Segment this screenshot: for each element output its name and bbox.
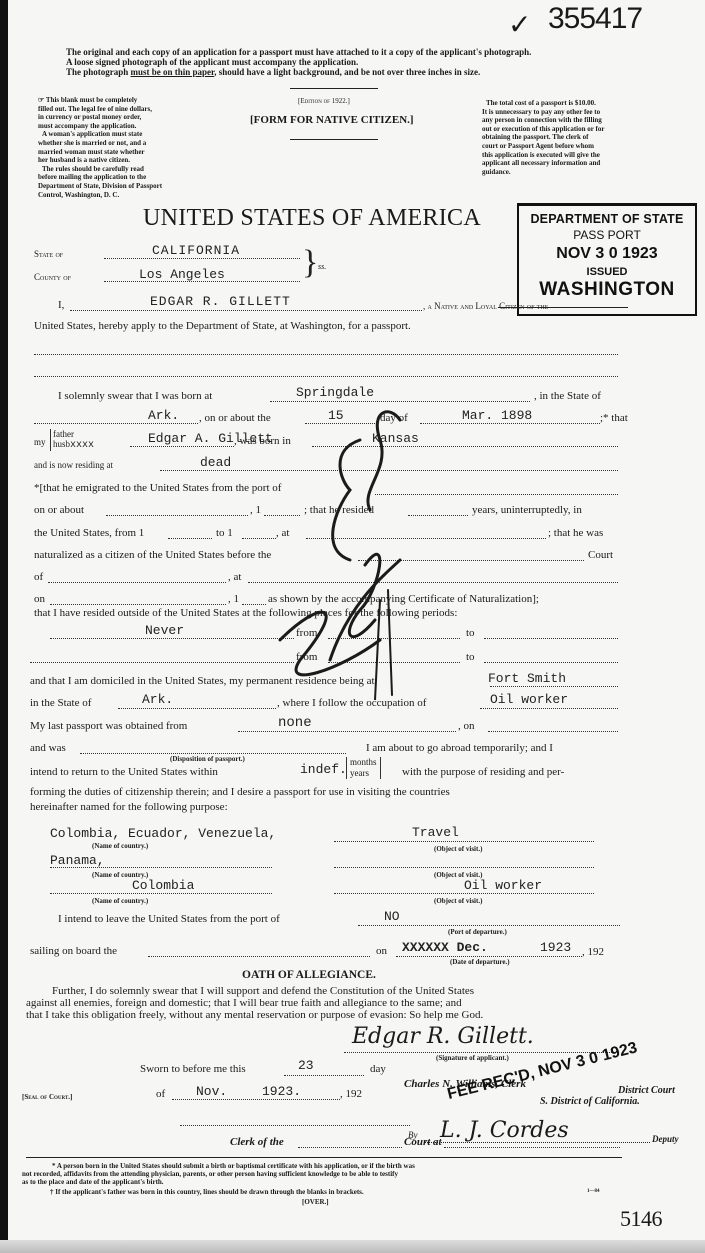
domicile-field[interactable]: Fort Smith <box>488 671 566 686</box>
court-at-label: Court at <box>404 1136 442 1148</box>
birth-state-field[interactable]: Ark. <box>148 408 179 423</box>
and-was-text: and was <box>30 742 66 754</box>
deputy-label: Deputy <box>652 1134 679 1144</box>
port-line <box>358 925 620 926</box>
departure-date-line <box>396 956 582 957</box>
clerk-court-line <box>298 1147 402 1148</box>
applicant-name-line <box>70 310 422 311</box>
district-label: S. District of California. <box>540 1096 640 1107</box>
right-note-line: this application is executed will give t… <box>482 151 604 160</box>
residing-text: and is now residing at <box>34 460 113 470</box>
photo-note-3a: The photograph <box>66 67 131 77</box>
abroad-place-line-2 <box>30 662 294 663</box>
at-place-line <box>306 538 546 539</box>
left-note-line: ☞ This blank must be completely <box>38 96 162 105</box>
domicile-state-line <box>118 708 276 709</box>
vessel-line <box>148 956 370 957</box>
page-number: 5146 <box>620 1206 662 1232</box>
father-option: father <box>53 429 94 439</box>
left-note-line: before mailing the application to the <box>38 173 162 182</box>
right-note-line: out or execution of this application or … <box>482 125 604 134</box>
abroad-place-field[interactable]: Never <box>145 623 184 638</box>
blank-line <box>34 354 618 355</box>
applicant-signature: Edgar R. Gillett. <box>352 1024 534 1049</box>
fee-received-stamp: FEE REC'D, NOV 3 0 1923 <box>446 1039 640 1104</box>
county-field[interactable]: Los Angeles <box>139 267 225 282</box>
state-label: State of <box>34 249 63 259</box>
hereinafter-text: hereinafter named for the following purp… <box>30 801 228 813</box>
state-field[interactable]: CALIFORNIA <box>152 243 240 258</box>
scan-left-edge <box>0 0 8 1253</box>
resided-outside-text: that I have resided outside of the Unite… <box>34 607 457 619</box>
object-line-3 <box>334 893 594 894</box>
left-note-line: filled out. The legal fee of nine dollar… <box>38 105 162 114</box>
object-field-1[interactable]: Travel <box>412 825 459 840</box>
resided-text: ; that he resided <box>304 504 374 516</box>
at-text: , at <box>276 527 289 539</box>
from-label-2: from <box>296 651 317 663</box>
birth-state-line <box>34 423 198 424</box>
signature-caption: (Signature of applicant.) <box>436 1054 509 1062</box>
on-label: , on <box>458 720 475 732</box>
years-option: years <box>350 768 377 779</box>
photo-note-3: The photograph must be on thin paper, sh… <box>66 67 480 77</box>
signature-line <box>344 1052 616 1053</box>
over-label: [OVER.] <box>302 1198 329 1206</box>
photo-note-3c: , should have a light background, and be… <box>214 67 480 77</box>
object-caption: (Object of visit.) <box>434 845 482 853</box>
swear-born-text: I solemnly swear that I was born at <box>58 390 212 402</box>
months-years-selector: months years <box>346 757 381 779</box>
right-note-line: guidance. <box>482 168 604 177</box>
on-about-text: , on or about the <box>199 412 271 424</box>
from-label: from <box>296 627 317 639</box>
last-passport-line <box>238 731 456 732</box>
court-at-line <box>444 1147 620 1148</box>
disposition-line <box>80 753 346 754</box>
day-of-text: day of <box>380 412 408 424</box>
birth-day-line <box>305 423 377 424</box>
abroad-to-line <box>484 638 618 639</box>
form-title: [FORM FOR NATIVE CITIZEN.] <box>250 114 414 126</box>
departure-date-field[interactable]: XXXXXX Dec. <box>402 940 488 955</box>
port-field[interactable]: NO <box>384 909 400 924</box>
right-note-line: The total cost of a passport is $10.00. <box>482 99 604 108</box>
at2-text: , at <box>228 571 241 583</box>
occupation-text: , where I follow the occupation of <box>277 697 426 709</box>
of-place-line <box>48 582 226 583</box>
district-court-label: District Court <box>618 1085 675 1096</box>
date-caption: (Date of departure.) <box>450 958 510 966</box>
day-label: day <box>370 1063 386 1075</box>
clerk-of-label: Clerk of the <box>230 1136 284 1148</box>
of-text: of <box>34 571 43 583</box>
abroad-place-line <box>50 638 294 639</box>
passport-application-page: ✓ 355417 The original and each copy of a… <box>0 0 705 1253</box>
divider <box>290 139 378 140</box>
to-year-line <box>242 538 276 539</box>
sworn-year-suffix: , 192 <box>340 1088 362 1100</box>
father-birthplace-line <box>312 446 618 447</box>
country-caption: (Name of country.) <box>92 842 148 850</box>
duties-text: forming the duties of citizenship therei… <box>30 786 450 798</box>
in-state-of-text: , in the State of <box>534 390 601 402</box>
months-option: months <box>350 757 377 768</box>
to-label-2: to <box>466 651 475 663</box>
from-year-line <box>168 538 212 539</box>
on-year-line <box>242 604 266 605</box>
port-caption: (Port of departure.) <box>448 928 507 936</box>
left-note-line: The rules should be carefully read <box>38 165 162 174</box>
father-name-line <box>130 446 234 447</box>
birthplace-line <box>270 401 530 402</box>
sworn-text: Sworn to before me this <box>140 1063 246 1075</box>
resided-years-line <box>408 515 468 516</box>
country-field-3[interactable]: Colombia <box>132 878 194 893</box>
occupation-field[interactable]: Oil worker <box>490 692 568 707</box>
oath-line-1: Further, I do solemnly swear that I will… <box>52 985 474 997</box>
footnote-star-1: * A person born in the United States sho… <box>52 1162 415 1170</box>
left-note-line: A woman's application must state <box>38 130 162 139</box>
right-note-line: court or Passport Agent before whom <box>482 142 604 151</box>
on-departure-label: on <box>376 945 387 957</box>
court-text: Court <box>588 549 613 561</box>
departure-year-field[interactable]: 1923 <box>540 940 571 955</box>
country-field-2[interactable]: Panama, <box>50 853 105 868</box>
domicile-state-text: in the State of <box>30 697 91 709</box>
abroad-text: I am about to go abroad temporarily; and… <box>366 742 553 754</box>
seal-of-court-label: [Seal of Court.] <box>22 1093 72 1101</box>
left-note-line: Department of State, Division of Passpor… <box>38 182 162 191</box>
footnote-star-3: as to the place and date of the applican… <box>22 1178 164 1186</box>
country-caption: (Name of country.) <box>92 897 148 905</box>
oath-title: OATH OF ALLEGIANCE. <box>242 969 376 981</box>
return-period-field[interactable]: indef. <box>300 762 347 777</box>
on-text: on <box>34 593 45 605</box>
applicant-name-field[interactable]: EDGAR R. GILLETT <box>150 294 291 309</box>
domicile-state-field[interactable]: Ark. <box>142 692 173 707</box>
that-text: ;* that <box>600 412 628 424</box>
native-citizen-text: , a Native and Loyal Citizen of the <box>423 301 548 311</box>
deputy-signature: L. J. Cordes <box>440 1118 569 1143</box>
right-note-line: obtaining the passport. The clerk of <box>482 133 604 142</box>
left-note-line: whether she is married or not, and a <box>38 139 162 148</box>
object-line-2 <box>334 867 594 868</box>
left-note-line: her husband is a native citizen. <box>38 156 162 165</box>
left-note-line: married woman must state whether <box>38 148 162 157</box>
stamp-line-department: DEPARTMENT OF STATE <box>519 213 695 226</box>
photo-note-2: A loose signed photograph of the applica… <box>66 57 358 67</box>
years-text: years, uninterruptedly, in <box>472 504 582 516</box>
department-of-state-stamp: DEPARTMENT OF STATE PASS PORT NOV 3 0 19… <box>517 203 697 316</box>
port-text: I intend to leave the United States from… <box>58 913 280 925</box>
clerk-signature-line <box>180 1125 410 1126</box>
left-note-line: in currency or postal money order, <box>38 113 162 122</box>
blank-line <box>34 376 618 377</box>
residing-field[interactable]: dead <box>200 455 231 470</box>
left-note-line: must accompany the application. <box>38 122 162 131</box>
oath-line-3: that I take this obligation freely, with… <box>26 1009 483 1021</box>
born-in-text: , was born in <box>234 435 291 447</box>
return-text: intend to return to the United States wi… <box>30 766 218 778</box>
stamp-line-washington: WASHINGTON <box>519 280 695 299</box>
sworn-year-field[interactable]: 1923. <box>262 1084 301 1099</box>
state-field-line <box>104 258 300 259</box>
county-label: County of <box>34 272 71 282</box>
form-code: 1—84 <box>587 1189 600 1194</box>
birth-month-year-field[interactable]: Mar. 1898 <box>462 408 532 423</box>
emigrated-text: *[that he emigrated to the United States… <box>34 482 281 494</box>
left-instructions: ☞ This blank must be completely filled o… <box>38 96 162 199</box>
stamp-line-passport: PASS PORT <box>519 229 695 241</box>
certificate-text: as shown by the accompanying Certificate… <box>268 593 539 605</box>
to-text: to 1 <box>216 527 233 539</box>
object-caption: (Object of visit.) <box>434 897 482 905</box>
relation-selector: father husbxxxx <box>50 429 94 451</box>
right-instructions: The total cost of a passport is $10.00. … <box>482 99 604 176</box>
abroad-from-line <box>328 638 460 639</box>
last-passport-field[interactable]: none <box>278 715 312 731</box>
apply-text: United States, hereby apply to the Depar… <box>34 320 411 332</box>
at2-line <box>248 582 618 583</box>
last-passport-text: My last passport was obtained from <box>30 720 187 732</box>
my-text: my <box>34 437 46 447</box>
left-note-line: Control, Washington, D. C. <box>38 191 162 200</box>
ss-label: ss. <box>318 262 326 271</box>
divider <box>290 88 378 89</box>
scan-bottom-edge <box>0 1240 705 1253</box>
right-note-line: any person in connection with the fillin… <box>482 116 604 125</box>
purpose-text: with the purpose of residing and per- <box>402 766 564 778</box>
check-mark-icon: ✓ <box>508 8 531 41</box>
object-field-3[interactable]: Oil worker <box>464 878 542 893</box>
emigrated-date-line <box>106 515 248 516</box>
footnote-star-2: not recorded, affidavits from the attend… <box>22 1170 398 1178</box>
from-text: the United States, from 1 <box>34 527 144 539</box>
last-passport-date-line <box>488 731 618 732</box>
sworn-day-field[interactable]: 23 <box>298 1058 314 1073</box>
edition-label: [Edition of 1922.] <box>298 97 350 105</box>
to-label: to <box>466 627 475 639</box>
sworn-month-line <box>172 1099 340 1100</box>
birthplace-field[interactable]: Springdale <box>296 385 374 400</box>
footnote-divider <box>26 1157 622 1158</box>
sworn-day-line <box>284 1075 364 1076</box>
husband-struck: xxxx <box>70 440 94 451</box>
venue-bracket: } <box>302 246 318 280</box>
husband-option: husbxxxx <box>53 439 94 451</box>
naturalized-court-line <box>358 560 584 561</box>
photo-note-1: The original and each copy of an applica… <box>66 47 531 57</box>
page-title: UNITED STATES OF AMERICA <box>143 205 481 232</box>
object-line-1 <box>334 841 594 842</box>
applicant-prefix: I, <box>58 299 64 311</box>
application-number: 355417 <box>548 2 642 36</box>
country-field-1[interactable]: Colombia, Ecuador, Venezuela, <box>50 826 276 841</box>
was-text: ; that he was <box>548 527 603 539</box>
abroad-to-line-2 <box>484 662 618 663</box>
departure-year-suffix: , 192 <box>582 946 604 958</box>
disposition-caption: (Disposition of passport.) <box>170 755 245 763</box>
country-line-3 <box>50 893 272 894</box>
oath-line-2: against all enemies, foreign and domesti… <box>26 997 462 1009</box>
emigrated-line <box>375 494 618 495</box>
domicile-text: and that I am domiciled in the United St… <box>30 675 375 687</box>
right-note-line: It is unnecessary to pay any other fee t… <box>482 108 604 117</box>
of-month-label: of <box>156 1088 165 1100</box>
stamp-line-issued: ISSUED <box>519 267 695 278</box>
photo-note-3b: must be on thin paper <box>131 67 215 77</box>
footnote-dagger: † If the applicant's father was born in … <box>50 1188 364 1196</box>
sailing-text: sailing on board the <box>30 945 117 957</box>
father-birthplace-field[interactable]: Kansas <box>372 431 419 446</box>
emigrated-year-line <box>264 515 300 516</box>
naturalized-text: naturalized as a citizen of the United S… <box>34 549 271 561</box>
birth-day-field[interactable]: 15 <box>328 408 344 423</box>
sworn-month-field[interactable]: Nov. <box>196 1084 227 1099</box>
residing-line <box>160 470 618 471</box>
stamp-date: NOV 3 0 1923 <box>519 246 695 262</box>
abroad-from-line-2 <box>328 662 460 663</box>
on-about-label: on or about <box>34 504 84 516</box>
strike-line <box>498 307 628 308</box>
occupation-line <box>480 708 618 709</box>
on-date-line <box>50 604 226 605</box>
right-note-line: applicant all necessary information and <box>482 159 604 168</box>
birth-month-line <box>420 423 600 424</box>
domicile-line <box>490 686 618 687</box>
